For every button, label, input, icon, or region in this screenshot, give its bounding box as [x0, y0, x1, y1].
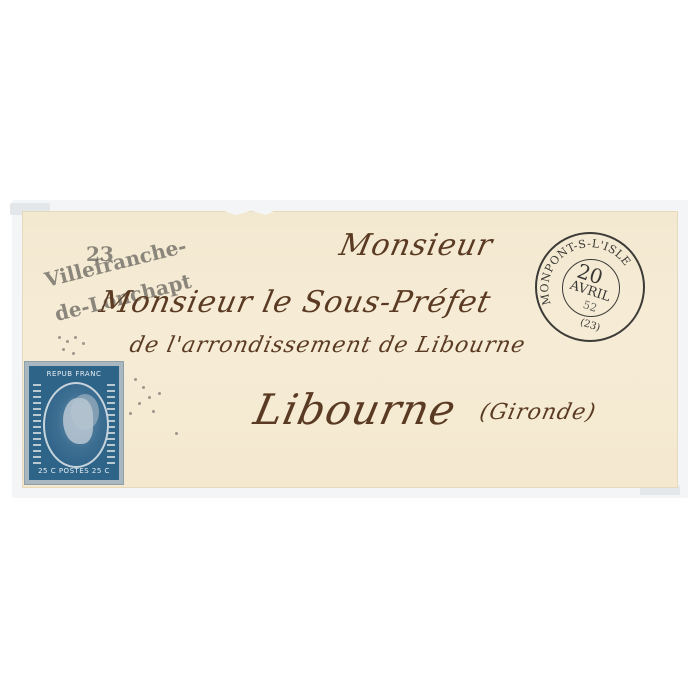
address-line-5: (Gironde): [477, 400, 598, 425]
circular-date-stamp: MONPONT-S-L'ISLE 20 AVRIL 52 (23): [535, 232, 645, 342]
address-line-3: de l'arrondissement de Libourne: [127, 333, 528, 358]
address-line-1: Monsieur: [336, 228, 496, 263]
stamp-bottom-text: 25 C POSTES 25 C: [37, 467, 111, 476]
stamp-frame: REPUB FRANC 25 C POSTES 25 C: [29, 366, 119, 480]
address-line-4: Libourne: [250, 385, 461, 434]
stamp-border-left: [33, 380, 41, 466]
stamp-top-text: REPUB FRANC: [37, 370, 111, 379]
postage-stamp-ceres: REPUB FRANC 25 C POSTES 25 C: [25, 362, 123, 484]
ceres-head-icon: [63, 398, 93, 444]
address-line-2: Monsieur le Sous-Préfet: [96, 285, 494, 320]
stamp-medallion: [43, 382, 109, 468]
